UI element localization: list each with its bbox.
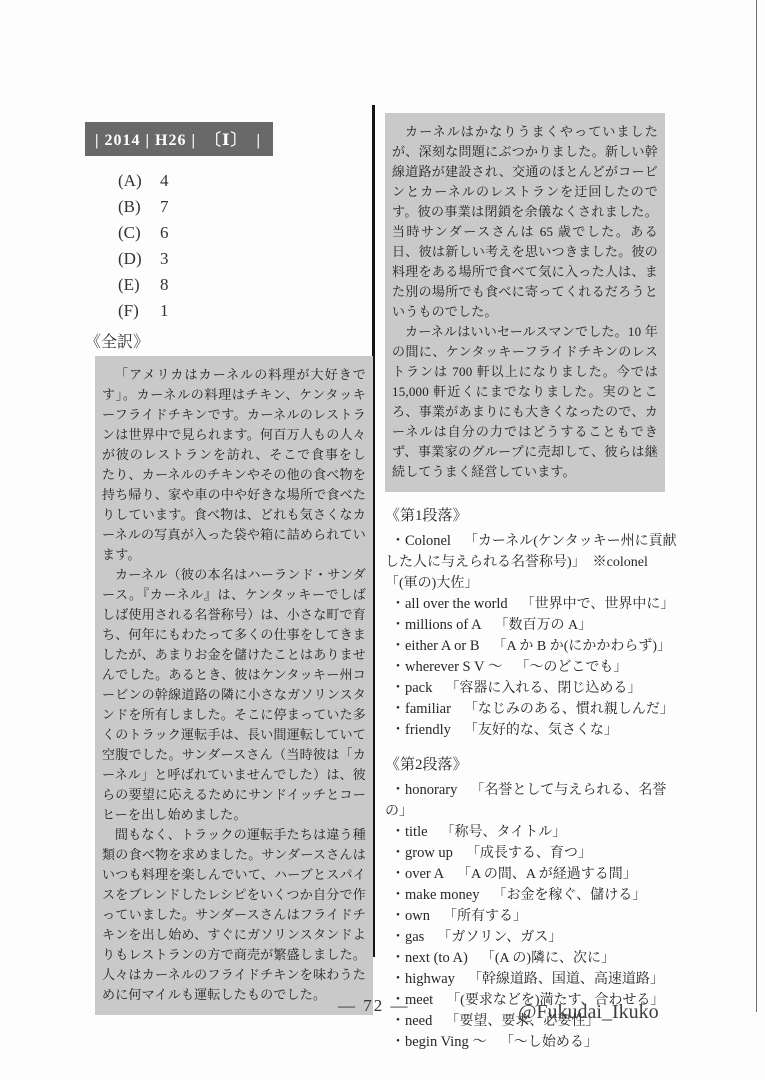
vocab-definition: 「ガソリン、ガス」: [437, 930, 562, 945]
vocab-definition: 「友好的な、気さくな」: [464, 723, 618, 738]
answer-label: (A): [118, 168, 160, 194]
answer-value: 1: [160, 298, 169, 324]
bullet: ・: [391, 951, 405, 966]
bullet: ・: [391, 783, 405, 798]
vocab-term: make money: [405, 887, 480, 903]
vocab-term: honorary: [405, 782, 457, 798]
vocab-definition: 「A の間、A が経過する間」: [457, 867, 637, 882]
vocab-term: wherever S V ～: [405, 659, 502, 675]
vocab-item: ・over A「A の間、A が経過する間」: [385, 864, 685, 885]
answer-label: (C): [118, 220, 160, 246]
vocab-term: friendly: [405, 722, 451, 738]
bullet: ・: [391, 867, 405, 882]
answer-label: (D): [118, 246, 160, 272]
vocab-definition: 「なじみのある、慣れ親しんだ」: [464, 702, 674, 717]
vocab-term: Colonel: [405, 533, 451, 549]
vocab-item: ・millions of A「数百万の A」: [385, 615, 685, 636]
vocab-term: gas: [405, 929, 424, 945]
bullet: ・: [391, 639, 405, 654]
vocab-definition: 「容器に入れる、閉じ込める」: [445, 681, 641, 696]
right-column: カーネルはかなりうまくやっていましたが、深刻な問題にぶつかりました。新しい幹線道…: [385, 113, 685, 1053]
translation-paragraph: 「アメリカはカーネルの料理が大好きです」。カーネルの料理はチキン、ケンタッキーフ…: [102, 365, 366, 565]
translation-box-left: 「アメリカはカーネルの料理が大好きです」。カーネルの料理はチキン、ケンタッキーフ…: [95, 356, 373, 1015]
page-edge-rule: [756, 0, 757, 1012]
vocab-definition: 「お金を稼ぐ、儲ける」: [493, 888, 647, 903]
bullet: ・: [391, 825, 405, 840]
answer-list: (A) 4 (B) 7 (C) 6 (D) 3 (E) 8 (F) 1: [118, 168, 373, 324]
bullet: ・: [391, 888, 405, 903]
vocab-term: millions of A: [405, 617, 482, 633]
vocab-item: ・next (to A)「(A の)隣に、次に」: [385, 948, 685, 969]
page-number: — 72 —: [338, 996, 410, 1016]
vocab-item: ・begin Ving ～「～し始める」: [385, 1032, 685, 1053]
vocab-term: own: [405, 908, 430, 924]
bullet: ・: [391, 909, 405, 924]
vocab-term: all over the world: [405, 596, 508, 612]
translation-heading: 《全訳》: [85, 332, 373, 354]
vocab-definition: 「所有する」: [443, 909, 527, 924]
vocab-term: next (to A): [405, 950, 468, 966]
vocab-item: ・honorary「名誉として与えられる、名誉の」: [385, 780, 685, 822]
vocab-item: ・own「所有する」: [385, 906, 685, 927]
answer-row: (D) 3: [118, 246, 373, 272]
left-column: | 2014 | H26 | 〔Ⅰ〕 | (A) 4 (B) 7 (C) 6 (…: [85, 122, 373, 1015]
bullet: ・: [391, 723, 405, 738]
vocab-item: ・grow up「成長する、育つ」: [385, 843, 685, 864]
answer-value: 6: [160, 220, 169, 246]
vocab-definition: 「成長する、育つ」: [466, 846, 592, 861]
vocab-item: ・make money「お金を稼ぐ、儲ける」: [385, 885, 685, 906]
bullet: ・: [391, 702, 405, 717]
twitter-handle: @Fukudai_Ikuko: [518, 1001, 659, 1024]
vocab-definition: 「数百万の A」: [495, 618, 593, 633]
bullet: ・: [391, 846, 405, 861]
vocab-term: pack: [405, 680, 432, 696]
answer-row: (E) 8: [118, 272, 373, 298]
translation-paragraph: カーネルはいいセールスマンでした。10 年の間に、ケンタッキーフライドチキンのレ…: [392, 322, 658, 482]
bullet: ・: [391, 681, 405, 696]
vocab-definition: 「～し始める」: [500, 1035, 598, 1050]
vocab-list-1: ・Colonel「カーネル(ケンタッキー州に貢献した人に与えられる名誉称号)」 …: [385, 531, 685, 741]
answer-row: (F) 1: [118, 298, 373, 324]
vocab-item: ・pack「容器に入れる、閉じ込める」: [385, 678, 685, 699]
answer-value: 8: [160, 272, 169, 298]
vocab-definition: 「～のどこでも」: [515, 660, 627, 675]
vocab-item: ・familiar「なじみのある、慣れ親しんだ」: [385, 699, 685, 720]
answer-label: (F): [118, 298, 160, 324]
answer-row: (B) 7: [118, 194, 373, 220]
vocab-item: ・gas「ガソリン、ガス」: [385, 927, 685, 948]
vocab-definition: 「幹線道路、国道、高速道路」: [468, 972, 664, 987]
bullet: ・: [391, 660, 405, 675]
bullet: ・: [391, 1035, 405, 1050]
bullet: ・: [391, 534, 405, 549]
vocab-term: title: [405, 824, 428, 840]
vocab-section-1-heading: 《第1段落》: [385, 506, 685, 526]
answer-label: (B): [118, 194, 160, 220]
answer-value: 3: [160, 246, 169, 272]
answer-row: (A) 4: [118, 168, 373, 194]
translation-paragraph: カーネル（彼の本名はハーランド・サンダース。『カーネル』は、ケンタッキーでしばし…: [102, 565, 366, 825]
translation-box-right: カーネルはかなりうまくやっていましたが、深刻な問題にぶつかりました。新しい幹線道…: [385, 113, 665, 492]
vocab-item: ・title「称号、タイトル」: [385, 822, 685, 843]
exam-year-badge: | 2014 | H26 | 〔Ⅰ〕 |: [85, 122, 273, 156]
vocab-term: over A: [405, 866, 444, 882]
bullet: ・: [391, 1014, 405, 1029]
translation-paragraph: 間もなく、トラックの運転手たちは違う種類の食べ物を求めました。サンダースさんはい…: [102, 825, 366, 1005]
vocab-item: ・friendly「友好的な、気さくな」: [385, 720, 685, 741]
vocab-item: ・either A or B「A か B か(にかかわらず)」: [385, 636, 685, 657]
vocab-definition: 「世界中で、世界中に」: [521, 597, 675, 612]
vocab-term: grow up: [405, 845, 453, 861]
bullet: ・: [391, 930, 405, 945]
vocab-item: ・wherever S V ～「～のどこでも」: [385, 657, 685, 678]
vocab-item: ・highway「幹線道路、国道、高速道路」: [385, 969, 685, 990]
vocab-definition: 「A か B か(にかかわらず)」: [493, 639, 672, 654]
bullet: ・: [391, 597, 405, 612]
vocab-definition: 「称号、タイトル」: [441, 825, 567, 840]
vocab-term: familiar: [405, 701, 451, 717]
answer-value: 4: [160, 168, 169, 194]
translation-paragraph: カーネルはかなりうまくやっていましたが、深刻な問題にぶつかりました。新しい幹線道…: [392, 122, 658, 322]
bullet: ・: [391, 972, 405, 987]
bullet: ・: [391, 618, 405, 633]
vocab-term: highway: [405, 971, 455, 987]
vocab-item: ・all over the world「世界中で、世界中に」: [385, 594, 685, 615]
vocab-definition: 「(A の)隣に、次に」: [481, 951, 615, 966]
vocab-item: ・Colonel「カーネル(ケンタッキー州に貢献した人に与えられる名誉称号)」 …: [385, 531, 685, 594]
vocab-section-2-heading: 《第2段落》: [385, 755, 685, 775]
vocab-term: begin Ving ～: [405, 1034, 487, 1050]
answer-value: 7: [160, 194, 169, 220]
vocab-term: either A or B: [405, 638, 480, 654]
answer-row: (C) 6: [118, 220, 373, 246]
answer-label: (E): [118, 272, 160, 298]
